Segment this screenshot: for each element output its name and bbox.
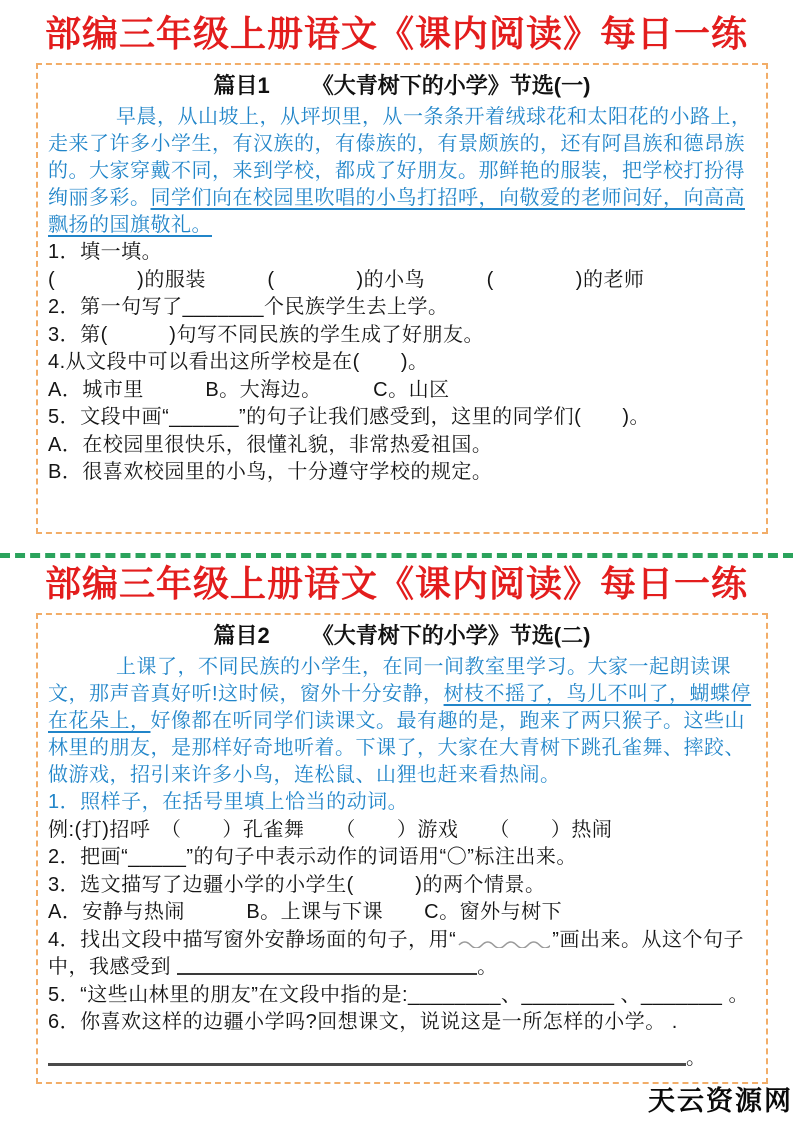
s2-question-1-example: 例:(打)招呼 （ ）孔雀舞 （ ）游戏 （ ）热闹 xyxy=(48,817,756,845)
s1-question-4: 4.从文段中可以看出这所学校是在( )。 xyxy=(48,349,756,377)
section-2-passage: 上课了，不同民族的小学生，在同一间教室里学习。大家一起朗读课文，那声音真好听!这… xyxy=(48,654,756,789)
passage-1-underlined-text: 同学们向在校园里吹唱的小鸟打招呼，向敬爱的老师问好，向高高飘扬的国旗敬礼。 xyxy=(48,187,745,236)
passage-2-text-post: 好像都在听同学们读课文。最有趣的是，跑来了两只猴子。这些山林里的朋友，是那样好奇… xyxy=(48,710,745,786)
section-1-box: 篇目1《大青树下的小学》节选(一) 早晨，从山坡上，从坪坝里，从一条条开着绒球花… xyxy=(36,63,768,534)
section-2-box: 篇目2《大青树下的小学》节选(二) 上课了，不同民族的小学生，在同一间教室里学习… xyxy=(36,613,768,1084)
section-1-heading: 篇目1《大青树下的小学》节选(一) xyxy=(46,71,758,101)
wavy-line-icon xyxy=(458,939,550,948)
s1-question-5: 5．文段中画“______”的句子让我们感受到，这里的同学们( )。 xyxy=(48,404,756,432)
s1-question-1: 1．填一填。 xyxy=(48,239,756,267)
section-2-heading: 篇目2《大青树下的小学》节选(二) xyxy=(46,621,758,651)
s2-answer-blank-line xyxy=(48,1046,686,1066)
section-2-number: 篇目2 xyxy=(214,623,270,648)
s1-question-5-option-b: B．很喜欢校园里的小鸟，十分遵守学校的规定。 xyxy=(48,459,756,487)
s2-question-4-period: 。 xyxy=(477,956,498,978)
s1-question-3: 3．第( )句写不同民族的学生成了好朋友。 xyxy=(48,322,756,350)
s2-question-6: 6．你喜欢这样的边疆小学吗?回想课文，说说这是一所怎样的小学。 . xyxy=(48,1009,756,1037)
s1-question-4-options: A．城市里 B。大海边。 C。山区 xyxy=(48,377,756,405)
s2-answer-blank-period: 。 xyxy=(686,1047,707,1069)
s2-question-3: 3．选文描写了边疆小学的小学生( )的两个情景。 xyxy=(48,872,756,900)
watermark: 天云资源网 xyxy=(648,1079,793,1118)
section-1-passage: 早晨，从山坡上，从坪坝里，从一条条开着绒球花和太阳花的小路上，走来了许多小学生，… xyxy=(48,104,756,239)
s2-question-1: 1．照样子，在括号里填上恰当的动词。 xyxy=(48,789,756,817)
s2-question-5: 5．“这些山林里的朋友”在文段中指的是:________、________ 、_… xyxy=(48,982,756,1010)
s2-question-4: 4．找出文段中描写窗外安静场面的句子，用“”画出来。从这个句子中，我感受到 。 xyxy=(48,927,756,982)
section-1-number: 篇目1 xyxy=(214,73,270,98)
s2-question-4-pre: 4．找出文段中描写窗外安静场面的句子，用“ xyxy=(48,929,456,951)
page-title-top: 部编三年级上册语文《课内阅读》每日一练 xyxy=(0,0,793,55)
s1-question-2: 2．第一句写了_______个民族学生去上学。 xyxy=(48,294,756,322)
worksheet-page: 部编三年级上册语文《课内阅读》每日一练 篇目1《大青树下的小学》节选(一) 早晨… xyxy=(0,0,793,1084)
page-title-bottom: 部编三年级上册语文《课内阅读》每日一练 xyxy=(0,558,793,605)
s2-question-2: 2．把画“_____”的句子中表示动作的词语用“〇”标注出来。 xyxy=(48,844,756,872)
s2-answer-blank-row: 。 xyxy=(48,1045,756,1073)
s2-question-4-answer-blank xyxy=(177,956,477,975)
section-2-title: 《大青树下的小学》节选(二) xyxy=(312,623,591,648)
s1-question-1-blanks: ( )的服装 ( )的小鸟 ( )的老师 xyxy=(48,267,756,295)
s1-question-5-option-a: A．在校园里很快乐，很懂礼貌，非常热爱祖国。 xyxy=(48,432,756,460)
s2-question-3-options: A．安静与热闹 B。上课与下课 C。窗外与树下 xyxy=(48,899,756,927)
section-1-title: 《大青树下的小学》节选(一) xyxy=(312,73,591,98)
